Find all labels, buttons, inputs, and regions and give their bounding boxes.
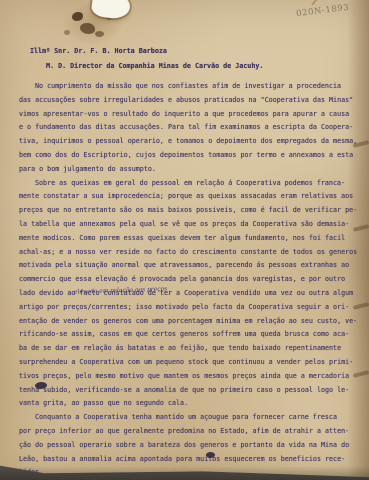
recipient-name: Illmº Snr. Dr. F. B. Horta Barboza (19, 44, 361, 59)
recipient-title: M. D. Director da Companhia Minas de Car… (19, 59, 361, 74)
typed-line: das accusações sobre irregularidades e a… (19, 94, 361, 108)
paragraph-1: No cumprimento da missão que nos confias… (19, 80, 361, 177)
typed-line: rificando-se assim, casos em que certos … (19, 328, 361, 342)
typed-line: motivada pela situação anormal que atrav… (19, 259, 361, 273)
typed-line: ba de se dar em relação ás batatas e ao … (19, 342, 361, 356)
typed-line: por preço inferior ao que geralmente pre… (19, 425, 361, 439)
typed-line: preços que no entretanto são os mais bai… (19, 204, 361, 218)
burn-stain (95, 31, 104, 37)
typed-line: ção do pessoal operario sobre a barateza… (19, 439, 361, 453)
typed-line: e o fundamento das ditas accusações. Par… (19, 121, 361, 135)
typed-line: para o bom julgamento do assumpto. (19, 163, 361, 177)
typed-line: Sobre as queixas em geral do pessoal em … (19, 177, 361, 191)
typed-line: Conquanto a Cooperativa tenha mantido um… (19, 411, 361, 425)
typed-line: bidos. (19, 466, 361, 480)
typed-line: lado devido ao facto constatado de ter a… (19, 287, 361, 301)
photo-background: 020N-1893 Illmº Snr. Dr. F. B. Horta Bar… (0, 0, 369, 480)
typed-line: bem como dos do Escriptorio, cujos depoi… (19, 149, 361, 163)
typed-line: mente constatar a sua improcedencia; por… (19, 190, 361, 204)
burn-stain (80, 23, 95, 34)
document-paper: 020N-1893 Illmº Snr. Dr. F. B. Horta Bar… (0, 0, 369, 480)
typed-line: tiva, inquirimos o pessoal operario, e t… (19, 135, 361, 149)
paragraph-3: Conquanto a Cooperativa tenha mantido um… (19, 411, 361, 480)
typed-line: Leão, bastou a anomalia acima apontada p… (19, 453, 361, 467)
typed-line: la tabella que annexamos pela qual se vê… (19, 218, 361, 232)
typed-line: tenha subido, verificando-se a anomalia … (19, 384, 361, 398)
burn-stain (64, 30, 70, 35)
typed-line: tivos preços, pelo mesmo motivo que mant… (19, 370, 361, 384)
paragraph-2: Sobre as queixas em geral do pessoal em … (19, 177, 361, 412)
typed-line: vimos apresentar-vos o resultado do inqu… (19, 108, 361, 122)
typed-line: entação de vender os generos com uma por… (19, 315, 361, 329)
typed-line: mente modicos. Como porem essas queixas … (19, 232, 361, 246)
recipient-block: Illmº Snr. Dr. F. B. Horta Barboza M. D.… (19, 44, 361, 73)
typed-line: achal-as; e a nosso ver reside no facto … (19, 246, 361, 260)
typed-line: surprehendeu a Cooperativa com um pequen… (19, 356, 361, 370)
ink-blot (206, 452, 215, 458)
typed-line: vanta grita, ao passo que no segundo cal… (19, 397, 361, 411)
typed-letter-body: Illmº Snr. Dr. F. B. Horta Barboza M. D.… (19, 44, 361, 480)
typed-line: No cumprimento da missão que nos confias… (19, 80, 361, 94)
typed-line: commercio que essa elevação é provocada … (19, 273, 361, 287)
typed-line: artigo por preços/correntes; isso motiva… (19, 301, 361, 315)
